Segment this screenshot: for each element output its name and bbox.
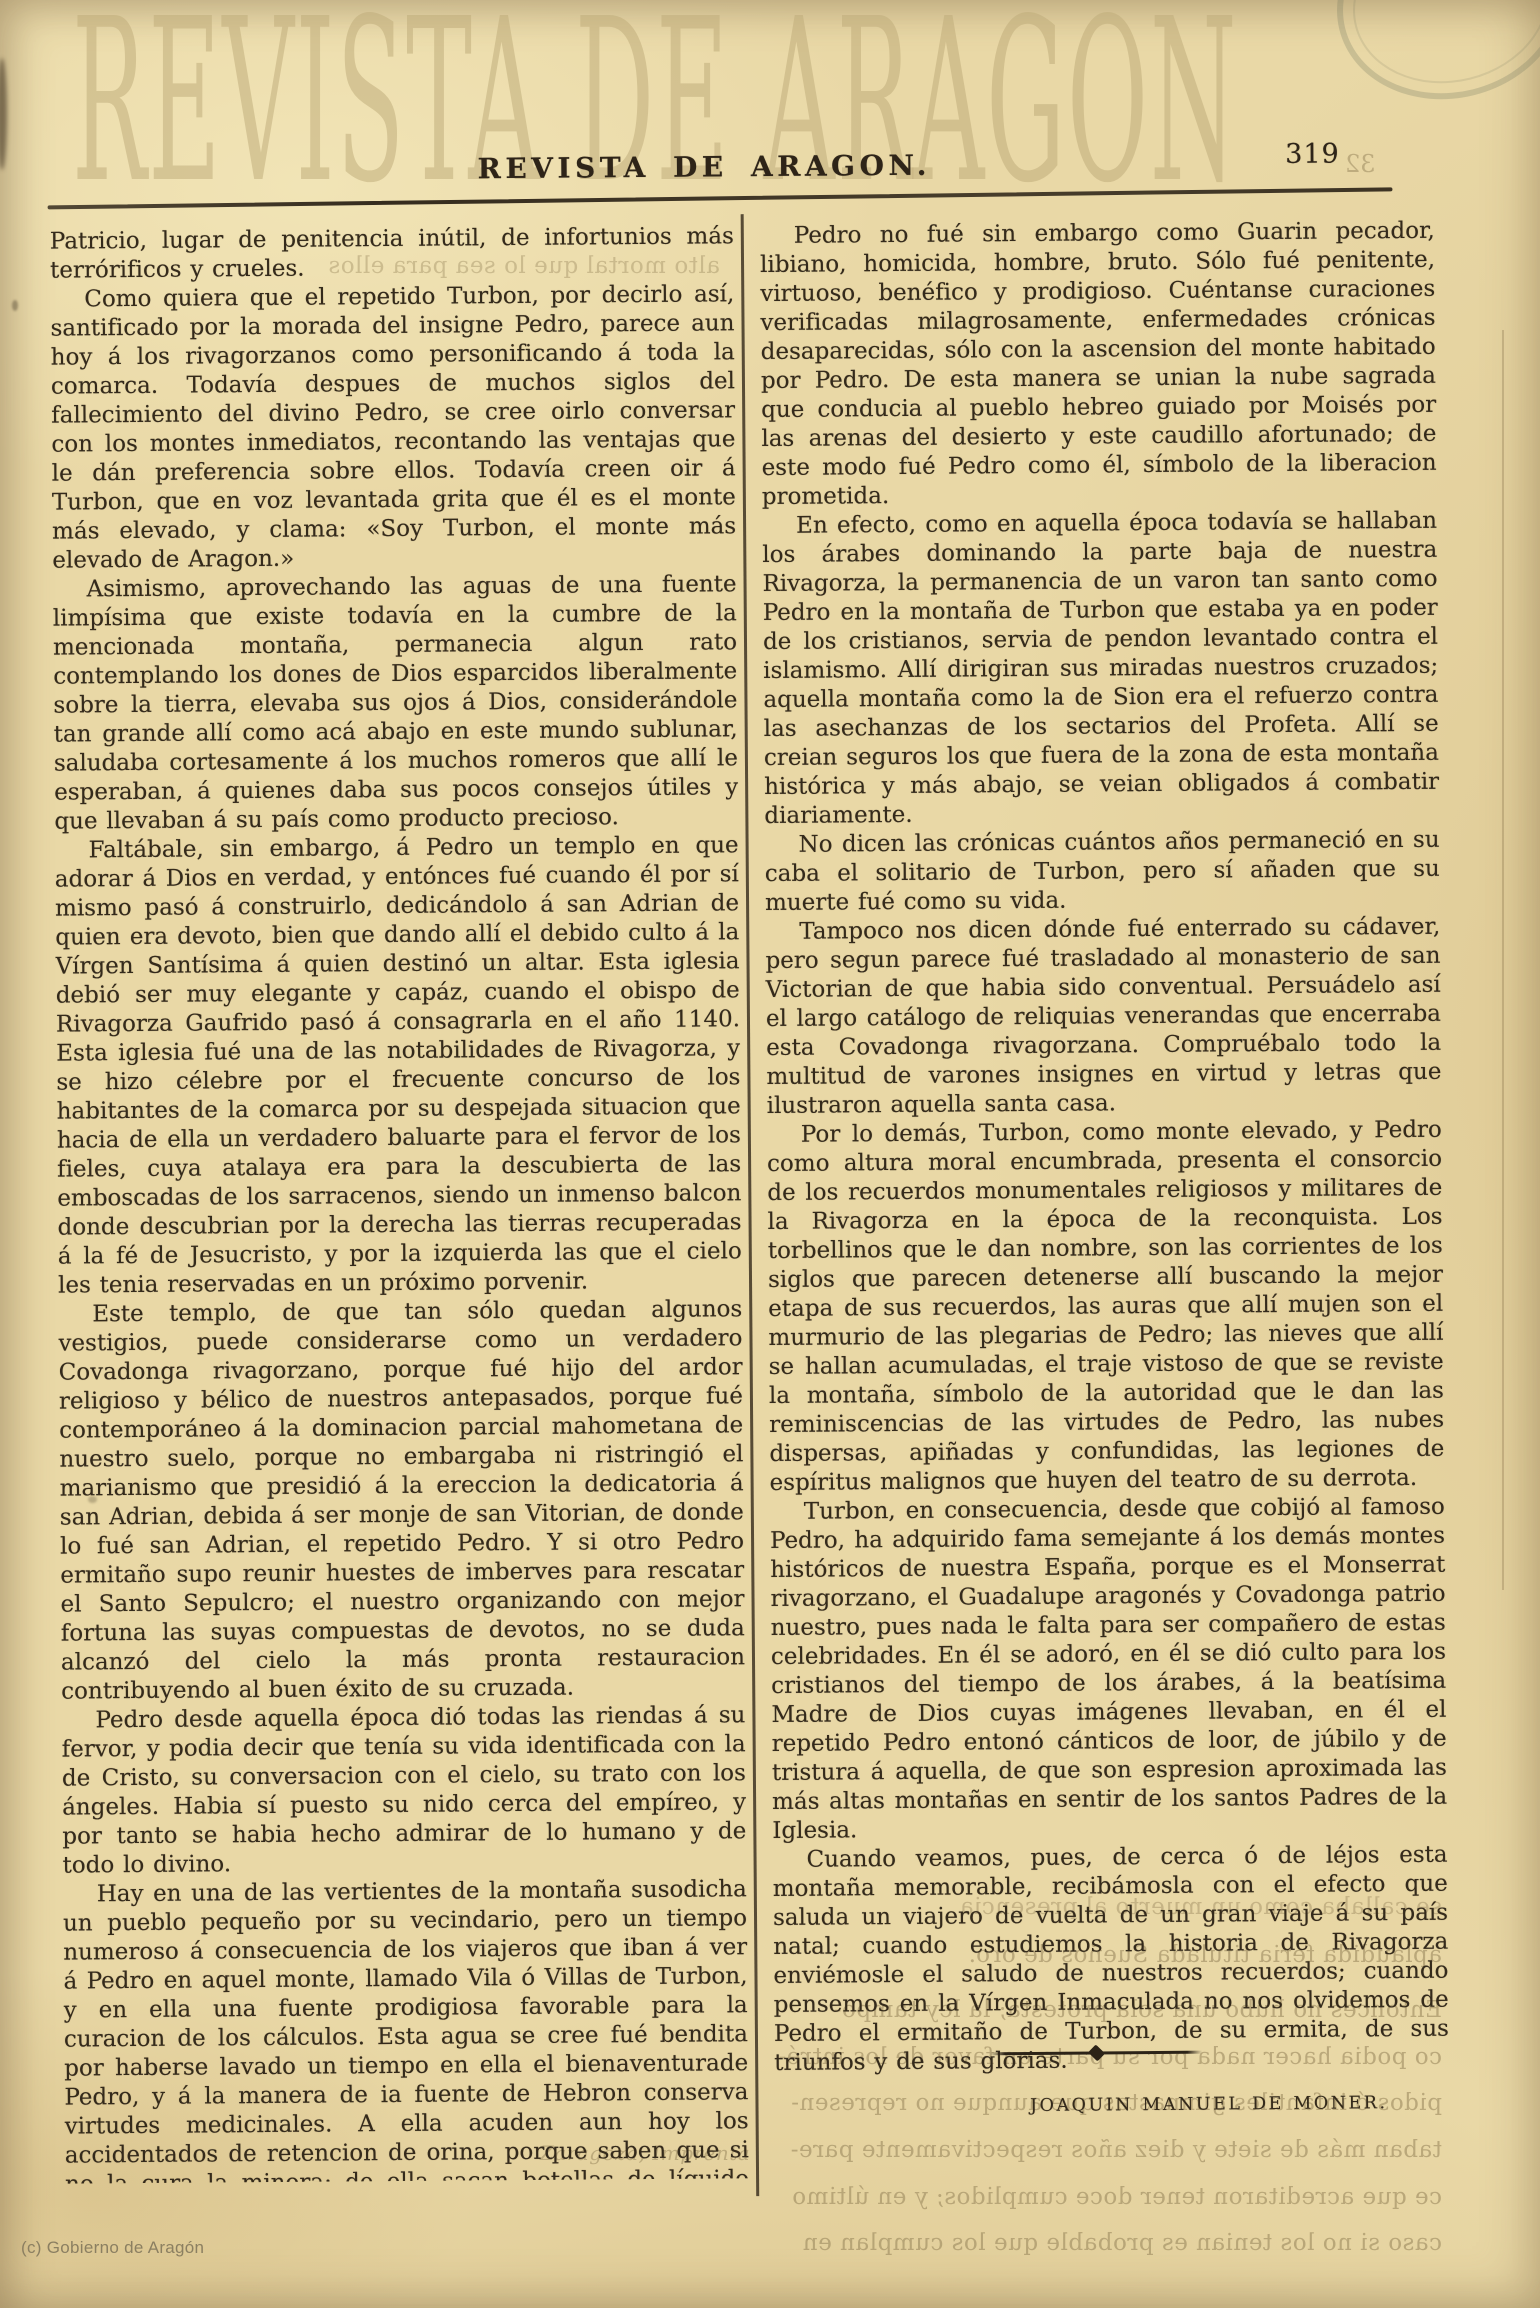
page-number: 319 (1285, 138, 1340, 169)
paragraph: Patricio, lugar de penitencia inútil, de… (50, 222, 734, 285)
paragraph: Faltábale, sin embargo, á Pedro un templ… (55, 831, 743, 1300)
end-ornament (990, 2045, 1202, 2063)
paragraph: Pedro no fué sin embargo como Guarin pec… (760, 217, 1437, 512)
header-rule (48, 187, 1393, 209)
paragraph: Como quiera que el repetido Turbon, por … (50, 280, 736, 575)
paragraph: Hay en una de las vertientes de la monta… (63, 1875, 749, 2183)
author-signature: Joaquin Manuel de Moner. (774, 2089, 1449, 2123)
paragraph: En efecto, como en aquella época todavía… (762, 507, 1439, 831)
right-text-column: Pedro no fué sin embargo como Guarin pec… (760, 217, 1450, 2123)
printed-content: REVISTA DE ARAGON. 319 Patricio, lugar d… (0, 0, 1540, 2308)
copyright-notice: (c) Gobierno de Aragón (21, 2238, 204, 2258)
paragraph: Cuando veamos, pues, de cerca ó de léjos… (772, 1841, 1449, 2078)
paragraph: No dicen las crónicas cuántos años perma… (764, 826, 1440, 918)
left-text-column: Patricio, lugar de penitencia inútil, de… (50, 222, 749, 2183)
paragraph: Por lo demás, Turbon, como monte elevado… (767, 1116, 1445, 1498)
paragraph: Pedro desde aquella época dió todas las … (61, 1701, 746, 1880)
diamond-icon (1088, 2044, 1105, 2061)
journal-header-title: REVISTA DE ARAGON. (0, 145, 1416, 189)
paragraph: Turbon, en consecuencia, desde que cobij… (770, 1493, 1448, 1846)
scanned-magazine-page: REVISTA DE ARAGON alto mortal que lo sea… (0, 0, 1540, 2308)
paragraph: Asimismo, aprovechando las aguas de una … (52, 570, 738, 836)
paragraph: Este templo, de que tan sólo quedan algu… (58, 1295, 745, 1706)
paragraph: Tampoco nos dicen dónde fué enterrado su… (765, 913, 1442, 1121)
